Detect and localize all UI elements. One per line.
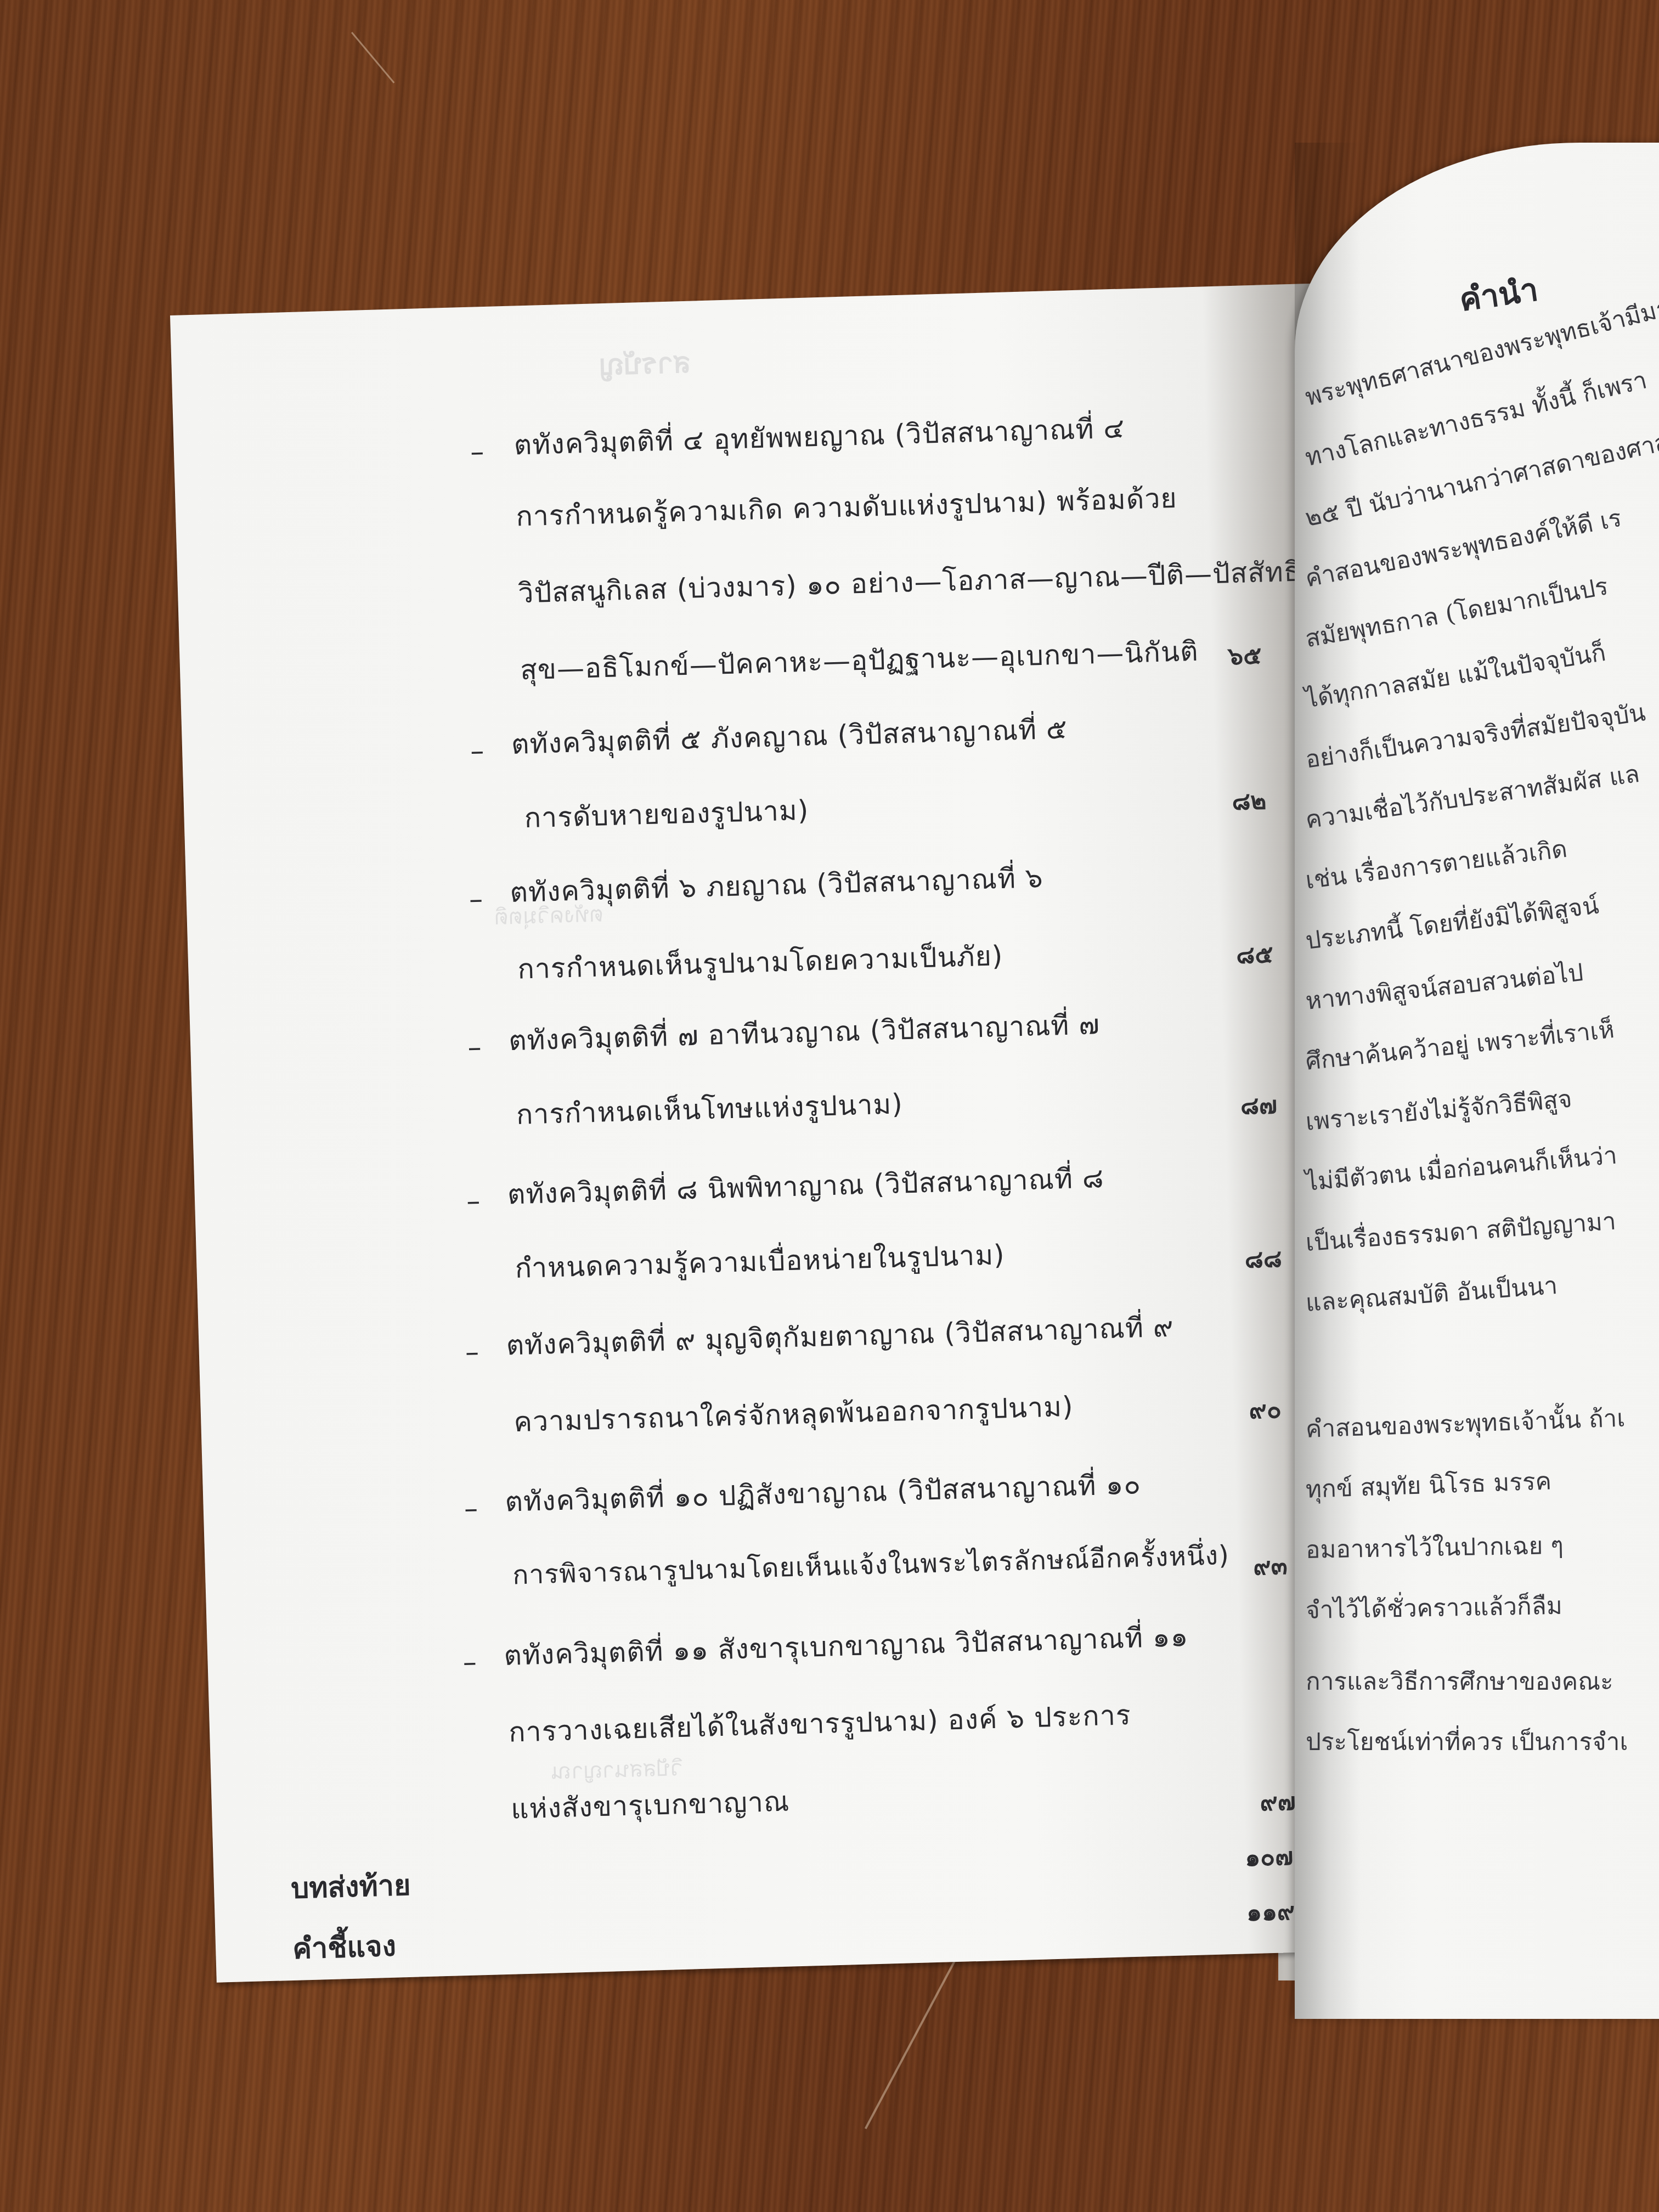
- toc-dash: –: [470, 735, 485, 767]
- left-page-table-of-contents: สารบัญ ตทังควิมุตติ วิปัสสนาญาณ – ตทังคว…: [170, 283, 1390, 1983]
- toc-entry-line: ความปรารถนาใคร่จักหลุดพ้นออกจากรูปนาม): [513, 1385, 1074, 1444]
- toc-entry-title: ตทังควิมุตติที่ ๙ มุญจิตุกัมยตาญาณ (วิปั…: [506, 1306, 1175, 1368]
- toc-entry-line: การวางเฉยเสียได้ในสังขารรูปนาม) องค์ ๖ ป…: [508, 1694, 1131, 1754]
- toc-dash: –: [465, 1336, 479, 1368]
- toc-entry-title: ตทังควิมุตติที่ ๖ ภยญาณ (วิปัสสนาญาณที่ …: [510, 856, 1044, 915]
- preface-line: ประโยชน์เท่าที่ควร เป็นการจำเ: [1306, 1723, 1628, 1761]
- toc-dash: –: [467, 1031, 482, 1064]
- toc-dash: –: [464, 1492, 478, 1525]
- right-page-preface: คำนำ พระพุทธศาสนาของพระพุทธเจ้ามีมา ทางโ…: [1295, 143, 1659, 2019]
- toc-section-label: บทส่งท้าย: [290, 1862, 411, 1911]
- toc-entry-line: กำหนดความรู้ความเบื่อหน่ายในรูปนาม): [515, 1233, 1006, 1290]
- toc-entry-line: แห่งสังขารุเบกขาญาณ: [510, 1780, 790, 1831]
- preface-title: คำนำ: [1456, 263, 1541, 325]
- toc-entry: – ตทังควิมุตติที่ ๘ นิพพิทาญาณ (วิปัสสนา…: [170, 283, 1344, 315]
- toc-entry: – ตทังควิมุตติที่ ๔ อุทยัพพยญาณ (วิปัสสน…: [170, 283, 1344, 315]
- toc-entry-title: ตทังควิมุตติที่ ๔ อุทยัพพยญาณ (วิปัสสนาญ…: [513, 407, 1125, 467]
- toc-entry: – ตทังควิมุตติที่ ๗ อาทีนวญาณ (วิปัสสนาญ…: [170, 283, 1344, 315]
- toc-entry-line: วิปัสสนูกิเลส (บ่วงมาร) ๑๐ อย่าง—โอภาส—ญ…: [517, 549, 1329, 615]
- toc-entry-line: การกำหนดเห็นรูปนามโดยความเป็นภัย): [517, 934, 1003, 991]
- toc-dash: –: [469, 883, 483, 916]
- table-scratch: [351, 32, 394, 83]
- preface-line: จำไว้ได้ชั่วคราวแล้วก็ลืม: [1305, 1587, 1562, 1629]
- toc-entry: – ตทังควิมุตติที่ ๑๐ ปฏิสังขาญาณ (วิปัสส…: [170, 283, 1344, 315]
- preface-line: อมอาหารไว้ในปากเฉย ๆ: [1305, 1526, 1564, 1569]
- preface-line: การและวิธีการศึกษาของคณะ: [1306, 1662, 1613, 1701]
- toc-section-label: คำชี้แจง: [292, 1923, 397, 1971]
- toc-dash: –: [470, 436, 484, 468]
- toc-entry-line: การพิจารณารูปนามโดยเห็นแจ้งในพระไตรลักษณ…: [512, 1534, 1230, 1596]
- toc-section: คำชี้แจง ๑๑๙: [170, 283, 1344, 315]
- toc-entry-title: ตทังควิมุตติที่ ๕ ภังคญาณ (วิปัสสนาญาณที…: [511, 708, 1068, 766]
- preface-line: ทุกข์ สมุทัย นิโรธ มรรค: [1305, 1462, 1552, 1509]
- toc-entry: – ตทังควิมุตติที่ ๕ ภังคญาณ (วิปัสสนาญาณ…: [170, 283, 1344, 315]
- toc-entry-title: ตทังควิมุตติที่ ๘ นิพพิทาญาณ (วิปัสสนาญา…: [507, 1156, 1105, 1216]
- toc-entry-line: การกำหนดเห็นโทษแห่งรูปนาม): [516, 1082, 904, 1137]
- toc-entry: – ตทังควิมุตติที่ ๑๑ สังขารุเบกขาญาณ วิป…: [170, 283, 1344, 315]
- toc-list: – ตทังควิมุตติที่ ๔ อุทยัพพยญาณ (วิปัสสน…: [170, 283, 1390, 1983]
- toc-entry-title: ตทังควิมุตติที่ ๗ อาทีนวญาณ (วิปัสสนาญาณ…: [508, 1003, 1101, 1063]
- toc-section: บทส่งท้าย ๑๐๗: [170, 283, 1344, 315]
- toc-entry-title: ตทังควิมุตติที่ ๑๑ สังขารุเบกขาญาณ วิปัส…: [503, 1615, 1189, 1678]
- toc-entry: – ตทังควิมุตติที่ ๖ ภยญาณ (วิปัสสนาญาณที…: [170, 283, 1344, 315]
- toc-entry: – ตทังควิมุตติที่ ๙ มุญจิตุกัมยตาญาณ (วิ…: [170, 283, 1344, 315]
- toc-entry-line: สุข—อธิโมกข์—ปัคคาหะ—อุปัฏฐานะ—อุเบกขา—น…: [520, 630, 1199, 692]
- toc-dash: –: [466, 1185, 481, 1217]
- toc-entry-line: การดับหายของรูปนาม): [524, 789, 810, 840]
- toc-entry-line: การกำหนดรู้ความเกิด ความดับแห่งรูปนาม) พ…: [515, 477, 1177, 539]
- toc-entry-title: ตทังควิมุตติที่ ๑๐ ปฏิสังขาญาณ (วิปัสสนา…: [505, 1463, 1142, 1523]
- toc-dash: –: [462, 1646, 477, 1678]
